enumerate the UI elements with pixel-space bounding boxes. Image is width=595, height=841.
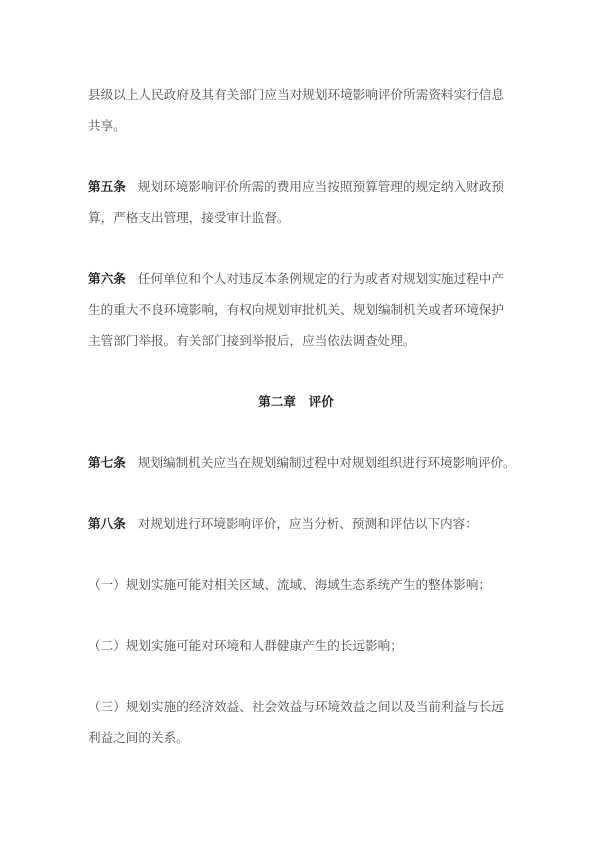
list-item-paragraph-3: （三）规划实施的经济效益、社会效益与环境效益之间以及当前利益与长远利益之间的关系… — [88, 691, 504, 753]
document-body: 县级以上人民政府及其有关部门应当对规划环境影响评价所需资料实行信息共享。 第五条… — [88, 79, 504, 753]
article-text-7: 规划编制机关应当在规划编制过程中对规划组织进行环境影响评价。 — [138, 455, 516, 470]
document-page: 县级以上人民政府及其有关部门应当对规划环境影响评价所需资料实行信息共享。 第五条… — [0, 0, 595, 841]
article-number-8: 第八条 — [88, 516, 126, 531]
article-paragraph-7: 第七条规划编制机关应当在规划编制过程中对规划组织进行环境影响评价。 — [88, 447, 504, 478]
list-item-paragraph-2: （二）规划实施可能对环境和人群健康产生的长远影响； — [88, 630, 504, 661]
list-item-paragraph-1: （一）规划实施可能对相关区域、流域、海域生态系统产生的整体影响； — [88, 569, 504, 600]
article-number-6: 第六条 — [88, 271, 126, 286]
paragraph-continuation: 县级以上人民政府及其有关部门应当对规划环境影响评价所需资料实行信息共享。 — [88, 79, 504, 141]
chapter-heading: 第二章 评价 — [88, 386, 504, 417]
article-number-5: 第五条 — [88, 179, 126, 194]
article-text-8: 对规划进行环境影响评价，应当分析、预测和评估以下内容： — [138, 516, 478, 531]
article-paragraph-8: 第八条对规划进行环境影响评价，应当分析、预测和评估以下内容： — [88, 508, 504, 539]
article-text-6: 任何单位和个人对违反本条例规定的行为或者对规划实施过程中产生的重大不良环境影响，… — [88, 271, 504, 348]
article-number-7: 第七条 — [88, 455, 126, 470]
article-paragraph-5: 第五条规划环境影响评价所需的费用应当按照预算管理的规定纳入财政预算，严格支出管理… — [88, 171, 504, 233]
article-paragraph-6: 第六条任何单位和个人对违反本条例规定的行为或者对规划实施过程中产生的重大不良环境… — [88, 263, 504, 356]
article-text-5: 规划环境影响评价所需的费用应当按照预算管理的规定纳入财政预算，严格支出管理，接受… — [88, 179, 504, 225]
